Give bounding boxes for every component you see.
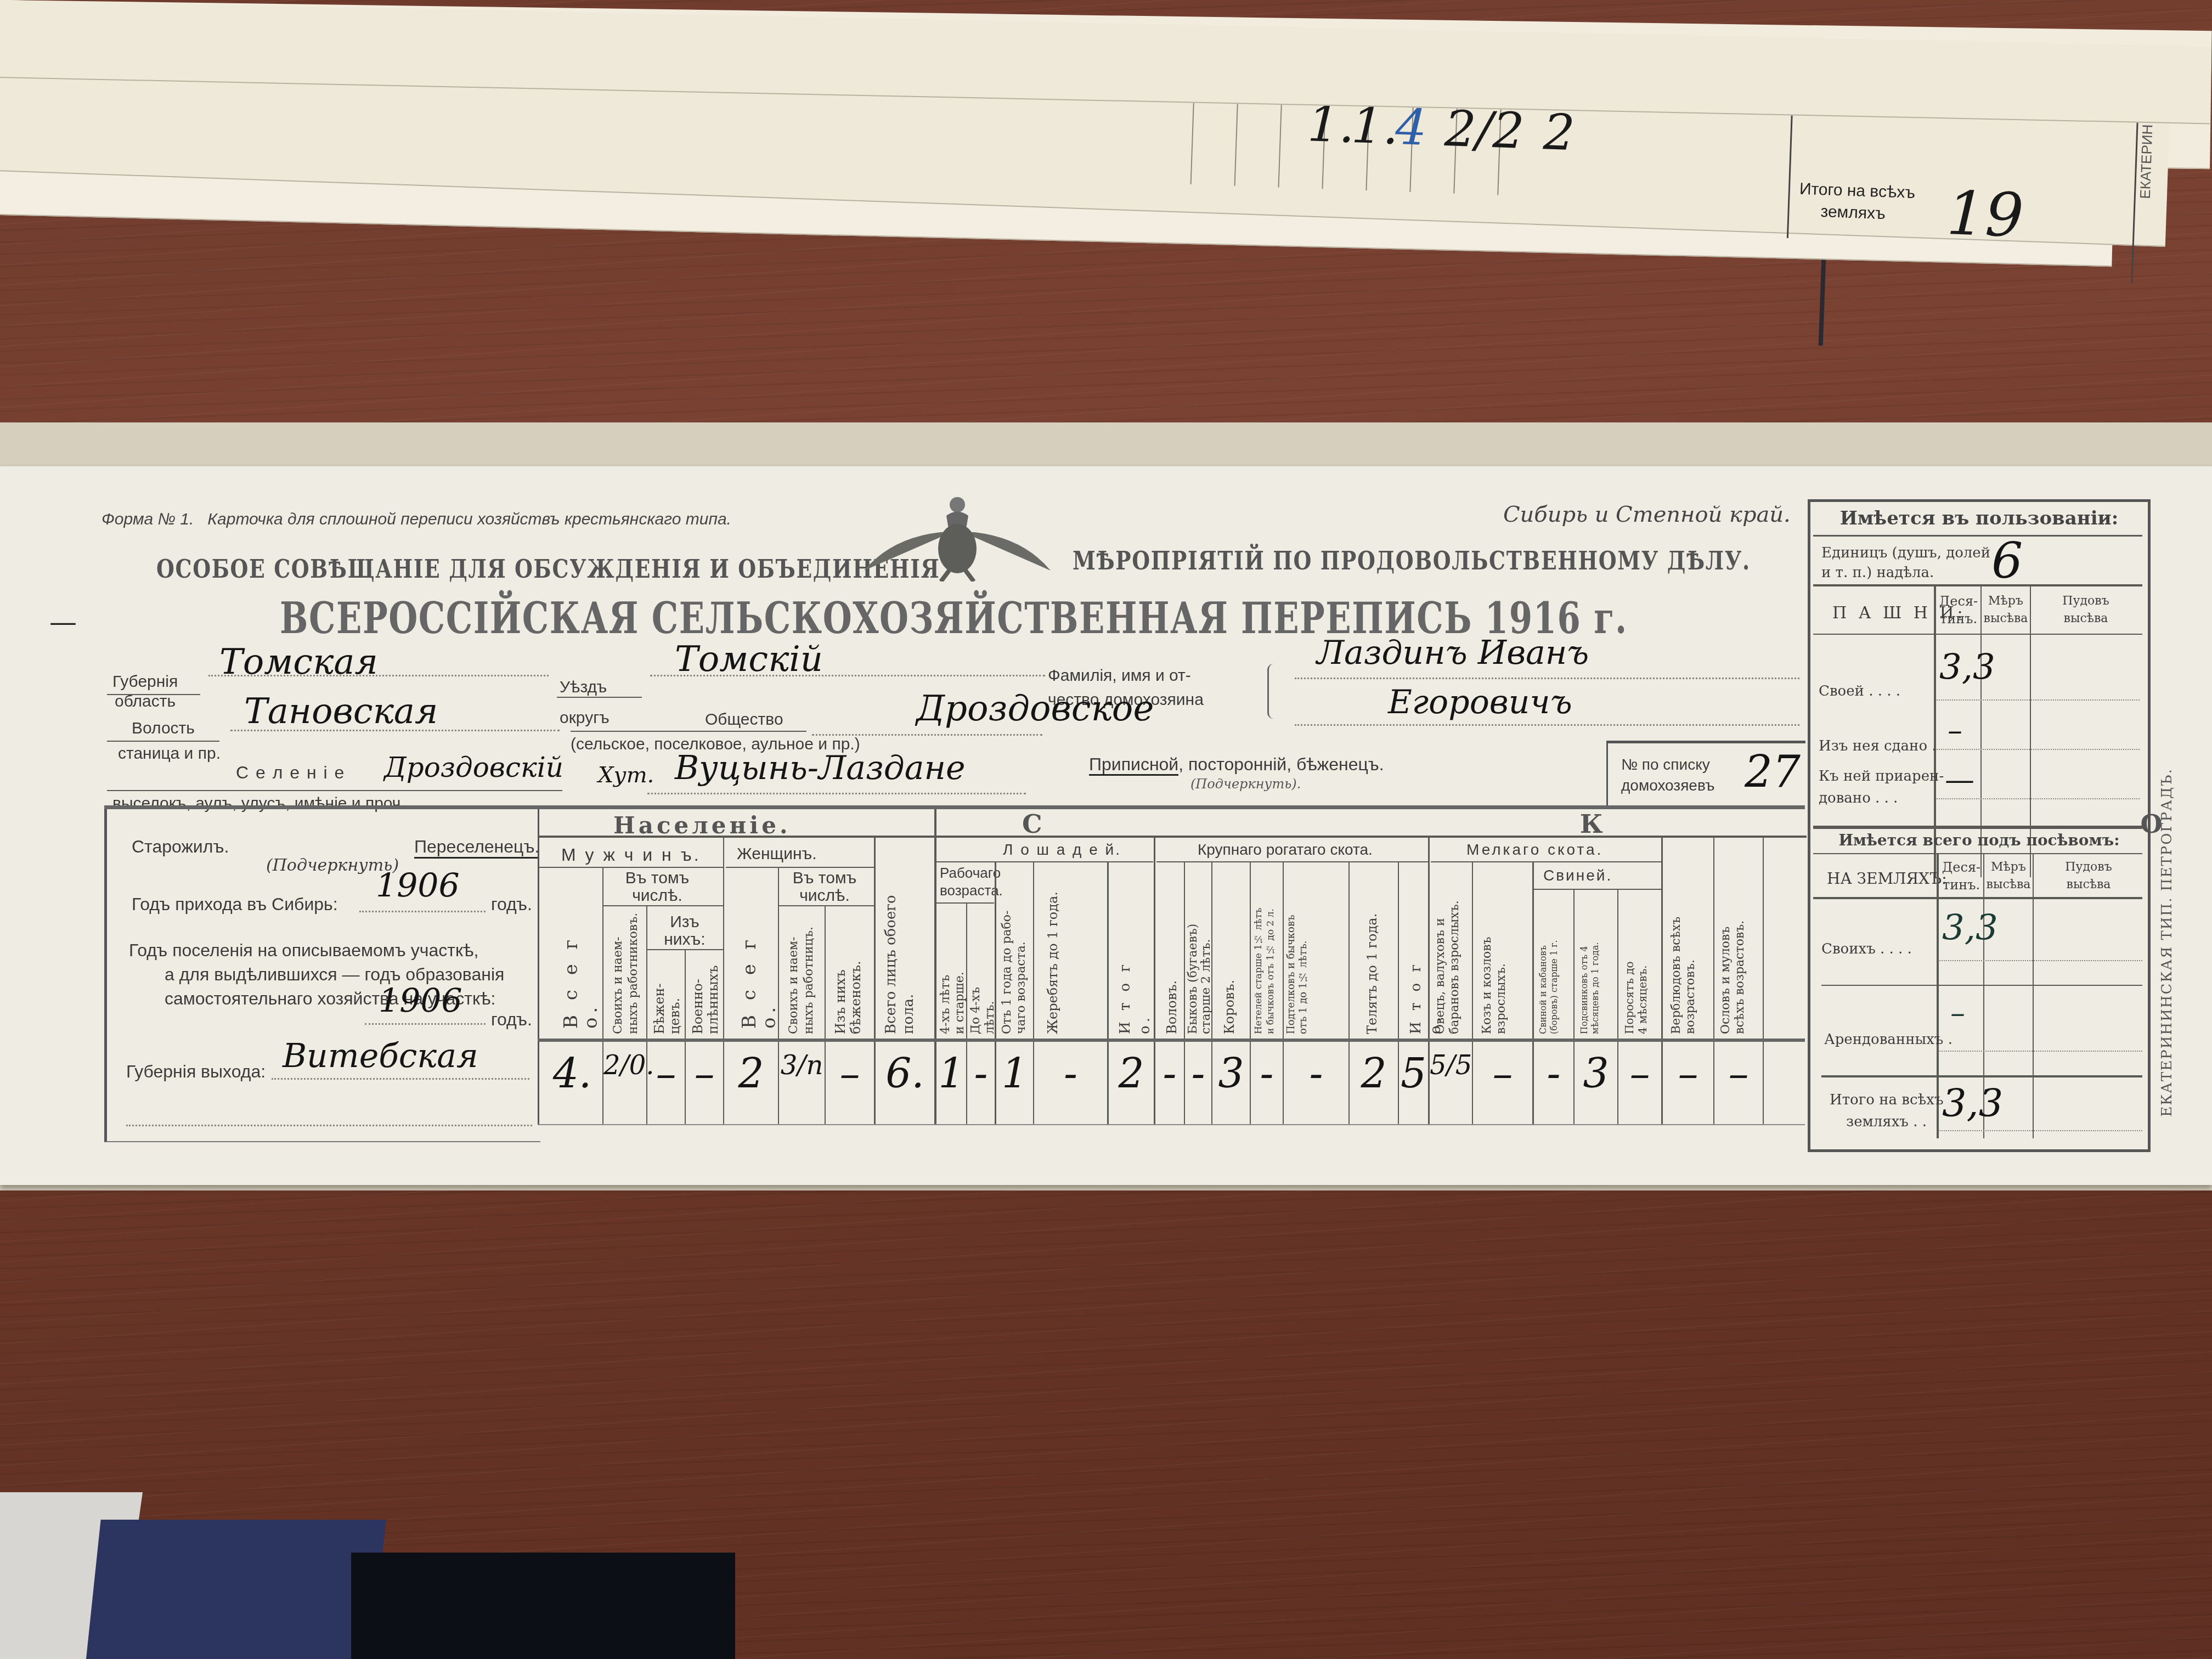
- pop-col-women-refugees: Изъ нихъ бѣженокъ.: [833, 927, 864, 1034]
- value-horses-total[interactable]: 2: [1109, 1050, 1154, 1097]
- ls-col-cows: Коровъ.: [1220, 974, 1239, 1034]
- value-sheep[interactable]: 5/5: [1430, 1050, 1472, 1081]
- value-men-total[interactable]: 4.: [542, 1050, 602, 1097]
- value-horses-1yr[interactable]: 1: [996, 1050, 1033, 1097]
- ls-col-oxen: Воловъ.: [1162, 974, 1182, 1034]
- sown-total-label: Итого на всѣхъ земляхъ . .: [1830, 1089, 1943, 1133]
- women-header: Женщинъ.: [737, 845, 817, 864]
- owner-name-line-2[interactable]: Егоровичъ: [1388, 683, 1572, 721]
- blue-cloth: [86, 1520, 386, 1659]
- ls-col-camels: Верблюдовъ всѣхъ возрастовъ.: [1669, 870, 1698, 1034]
- status-selected[interactable]: Приписной: [1089, 754, 1178, 776]
- khutor-prefix: Хут.: [598, 763, 654, 788]
- col-mer-vyseva: Мѣръ высѣва: [1982, 592, 2030, 628]
- value-goats[interactable]: –: [1473, 1050, 1532, 1097]
- brace: [1267, 664, 1273, 719]
- pop-col-women-total: В с е г о.: [740, 930, 779, 1029]
- value-heifers[interactable]: -: [1251, 1050, 1283, 1097]
- arable-own-label: Своей . . . .: [1819, 683, 1900, 699]
- census-data-row: 4. 2/0. – – 2 3/п – 6. 1 - 1 - 2 - - 3 -…: [538, 1042, 1807, 1124]
- value-calves[interactable]: 2: [1350, 1050, 1398, 1097]
- double-headed-eagle-icon: [859, 494, 1056, 582]
- ls-col-sows: Свиной и кабановъ (боровъ) старше 1 г.: [1538, 894, 1560, 1034]
- sown-col-desyatin: Деся- тинъ.: [1939, 859, 1983, 894]
- settler-option[interactable]: Переселенецъ.: [414, 837, 539, 859]
- pop-col-total-both: Всего лицъ обоего пола.: [882, 883, 917, 1034]
- ls-col-donkeys: Ословъ и муловъ всѣхъ возрастовъ.: [1719, 870, 1747, 1034]
- ls-col-horses-1yr-work: Отъ 1 года до рабо- чаго возраста.: [1000, 870, 1029, 1034]
- sown-title: Имѣется всего подъ посѣвомъ:: [1810, 831, 2148, 849]
- value-shoats[interactable]: 3: [1575, 1050, 1617, 1097]
- ls-col-piglets: Поросятъ до 4 мѣсяцевъ.: [1623, 913, 1649, 1034]
- value-women-refugees[interactable]: –: [826, 1050, 874, 1097]
- arable-rented-label: Къ ней приарен- довано . . .: [1819, 765, 1944, 809]
- value-donkeys[interactable]: –: [1714, 1050, 1763, 1097]
- arrival-year-suffix: годъ.: [491, 894, 532, 915]
- census-table-header: Населеніе. С К О Т Ъ. М у ж ч и н ъ. Жен…: [538, 809, 1807, 1040]
- pop-col-men-pow: Военно- плѣнныхъ: [690, 955, 721, 1034]
- form-header: Форма № 1. Карточка для сплошной перепис…: [101, 510, 731, 529]
- form-description: Карточка для сплошной переписи хозяйствъ…: [207, 510, 731, 528]
- sown-rented-label: Арендованныхъ .: [1824, 1031, 1953, 1048]
- col-pud-vyseva: Пудовъ высѣва: [2031, 592, 2141, 628]
- ls-col-bulls: Быковъ (бугаевъ) старше 2 лѣтъ.: [1187, 913, 1213, 1034]
- ls-col-heifers: Нетелей старше 1½ лѣтъ и бычковъ отъ 1½ …: [1252, 870, 1277, 1034]
- value-cows[interactable]: 3: [1212, 1050, 1250, 1097]
- ls-col-horses-total: И т о г о.: [1115, 944, 1155, 1034]
- origin-guberniya-field[interactable]: Витебская: [283, 1037, 478, 1075]
- list-number-label: № по списку домохозяевъ: [1621, 754, 1714, 796]
- land-use-title: Имѣется въ пользованіи:: [1810, 507, 2148, 529]
- value-bulls[interactable]: -: [1185, 1050, 1211, 1097]
- ls-col-calves: Телятъ до 1 года.: [1362, 870, 1382, 1034]
- selenie-field[interactable]: Дроздовскій: [384, 752, 563, 783]
- value-men-workers[interactable]: 2/0.: [603, 1050, 646, 1081]
- pop-col-women-workers: Своихъ и наем- ныхъ работницъ.: [786, 911, 817, 1034]
- ls-col-young-bulls: Подтелковъ и бычковъ отъ 1 до 1½ лѣтъ.: [1285, 886, 1310, 1034]
- women-incl-header: Въ томъ числѣ.: [778, 870, 871, 905]
- value-women-workers[interactable]: 3/п: [779, 1050, 825, 1081]
- header-council: ОСОБОЕ СОВѢЩАНІЕ ДЛЯ ОБСУЖДЕНІЯ И ОБЪЕДИ…: [156, 554, 940, 584]
- settler-panel: Старожилъ. Переселенецъ. (Подчеркнуть) Г…: [104, 809, 540, 1142]
- old-resident-option[interactable]: Старожилъ.: [132, 837, 229, 857]
- value-horses-under4[interactable]: -: [967, 1050, 995, 1097]
- sown-own-label: Своихъ . . . .: [1821, 941, 1912, 957]
- pop-col-men-total: В с е г о.: [561, 930, 601, 1029]
- stacked-census-cards-top: 1. 1. 4 2/2 2 Итого на всѣхъ земляхъ 19 …: [0, 0, 2212, 241]
- guberniya-label-block: Губернія область: [112, 672, 178, 712]
- small-stock-header: Мелкаго скота.: [1466, 841, 1603, 859]
- owner-name-line-1[interactable]: Лаздинъ Иванъ: [1317, 634, 1589, 672]
- ls-col-horses-4plus: 4-хъ лѣтъ и старше.: [939, 908, 967, 1034]
- list-number-field[interactable]: 27: [1745, 746, 1801, 797]
- men-header: М у ж ч и н ъ.: [561, 845, 701, 865]
- value-horses-4plus[interactable]: 1: [936, 1050, 966, 1097]
- value-total-persons[interactable]: 6.: [876, 1050, 934, 1097]
- printer-imprint: ЕКАТЕРИНИНСКАЯ ТИП. ПЕТРОГРАДЪ.: [2159, 768, 2175, 1117]
- top-sheet-total-label: Итого на всѣхъ земляхъ: [1798, 178, 1916, 226]
- arable-rented-desyatin[interactable]: —: [1945, 763, 1974, 797]
- uezd-label-block: Уѣздъ округъ: [560, 672, 610, 733]
- value-foals[interactable]: -: [1034, 1050, 1107, 1097]
- census-card: Форма № 1. Карточка для сплошной перепис…: [0, 466, 2212, 1185]
- sown-header: НА ЗЕМЛЯХЪ:: [1827, 870, 1947, 888]
- region-label: Сибирь и Степной край.: [1503, 502, 1791, 527]
- sown-col-mer-vyseva: Мѣръ высѣва: [1984, 859, 2033, 894]
- obshchestvo-label: Общество: [705, 710, 783, 729]
- black-cloth: [351, 1553, 735, 1659]
- volost-field[interactable]: Тановская: [244, 691, 438, 732]
- value-oxen[interactable]: -: [1155, 1050, 1184, 1097]
- status-rest: , посторонній, бѣженецъ.: [1178, 754, 1384, 774]
- value-camels[interactable]: –: [1663, 1050, 1713, 1097]
- arable-leased-out-label: Изъ нея сдано .: [1819, 738, 1937, 754]
- khutor-field[interactable]: Вуцынь-Лаздане: [675, 749, 965, 787]
- value-cattle-total[interactable]: 5: [1399, 1050, 1428, 1097]
- allotment-units-field[interactable]: 6: [1991, 532, 2023, 590]
- value-men-refugees[interactable]: –: [647, 1050, 685, 1097]
- form-number: Форма № 1.: [101, 510, 194, 528]
- population-title: Населеніе.: [613, 812, 791, 839]
- sown-rented-desyatin[interactable]: –: [1950, 996, 1965, 1030]
- men-incl-header: Въ томъ числѣ.: [600, 870, 715, 905]
- top-sheet-printer-mark: ЕКАТЕРИН: [2137, 124, 2157, 199]
- pigs-header: Свиней.: [1543, 867, 1612, 884]
- of-them-header: Изъ нихъ:: [649, 913, 720, 949]
- obshchestvo-field[interactable]: Дроздовское: [916, 689, 1154, 729]
- settlement-year-suffix: годъ.: [491, 1009, 532, 1030]
- land-use-panel: Имѣется въ пользованіи: Единицъ (душъ, д…: [1808, 499, 2151, 1152]
- origin-guberniya-label: Губернія выхода:: [126, 1062, 266, 1082]
- guberniya-field[interactable]: Томская: [219, 642, 378, 682]
- value-piglets[interactable]: –: [1618, 1050, 1661, 1097]
- ls-col-goats: Козъ и козловъ взрослыхъ.: [1480, 891, 1509, 1034]
- top-sheet-total-value: 19: [1945, 178, 2024, 251]
- top-sheet-value-6: 2: [1542, 103, 1576, 162]
- arrival-year-label: Годъ прихода въ Сибирь:: [132, 894, 338, 915]
- pop-col-men-workers: Своихъ и наем- ныхъ работниковъ.: [611, 911, 641, 1034]
- ls-col-horses-under4: До 4-хъ лѣтъ.: [969, 946, 997, 1034]
- value-men-pow[interactable]: –: [686, 1050, 723, 1097]
- sown-col-pud-vyseva: Пудовъ высѣва: [2034, 859, 2143, 894]
- cattle-header: Крупнаго рогатаго скота.: [1198, 841, 1373, 859]
- status-hint: (Подчеркнуть).: [1190, 776, 1301, 792]
- sown-total-desyatin[interactable]: 3,3: [1942, 1081, 2003, 1126]
- sown-own-desyatin[interactable]: 3,3: [1942, 908, 1998, 949]
- margin-mark: —: [49, 606, 77, 638]
- work-age-header: Рабочаго возраста.: [940, 864, 1003, 899]
- value-women-total[interactable]: 2: [724, 1050, 778, 1097]
- ls-col-shoats: Подсвинковъ отъ 4 мѣсяцевъ до 1 года.: [1579, 894, 1601, 1034]
- horses-header: Л о ш а д е й.: [1003, 841, 1121, 859]
- allotment-units-label: Единицъ (душъ, долей и т. п.) надѣла.: [1821, 543, 1990, 583]
- header-measures: МѢРОПРІЯТІЙ ПО ПРОДОВОЛЬСТВЕННОМУ ДѢЛУ.: [1073, 546, 1751, 575]
- settlement-year-field[interactable]: 1906: [379, 982, 462, 1020]
- col-desyatin: Деся- тинъ.: [1937, 592, 1980, 628]
- value-young-bulls[interactable]: -: [1284, 1050, 1348, 1097]
- ls-col-foals: Жеребятъ до 1 года.: [1043, 870, 1063, 1034]
- selenie-label: С е л е н і е: [236, 763, 345, 783]
- arable-leased-out-desyatin[interactable]: –: [1948, 713, 1962, 748]
- pop-col-men-refugees: Бѣжен- цевъ.: [652, 963, 682, 1034]
- status-options[interactable]: Приписной, посторонній, бѣженецъ.: [1089, 754, 1384, 775]
- uezd-field[interactable]: Томскій: [675, 639, 823, 680]
- arable-own-desyatin[interactable]: 3,3: [1939, 647, 1995, 688]
- arrival-year-field[interactable]: 1906: [376, 867, 460, 905]
- ls-col-sheep: Овецъ, валуховъ и барановъ взрослыхъ.: [1434, 867, 1462, 1034]
- value-sows[interactable]: -: [1534, 1050, 1573, 1097]
